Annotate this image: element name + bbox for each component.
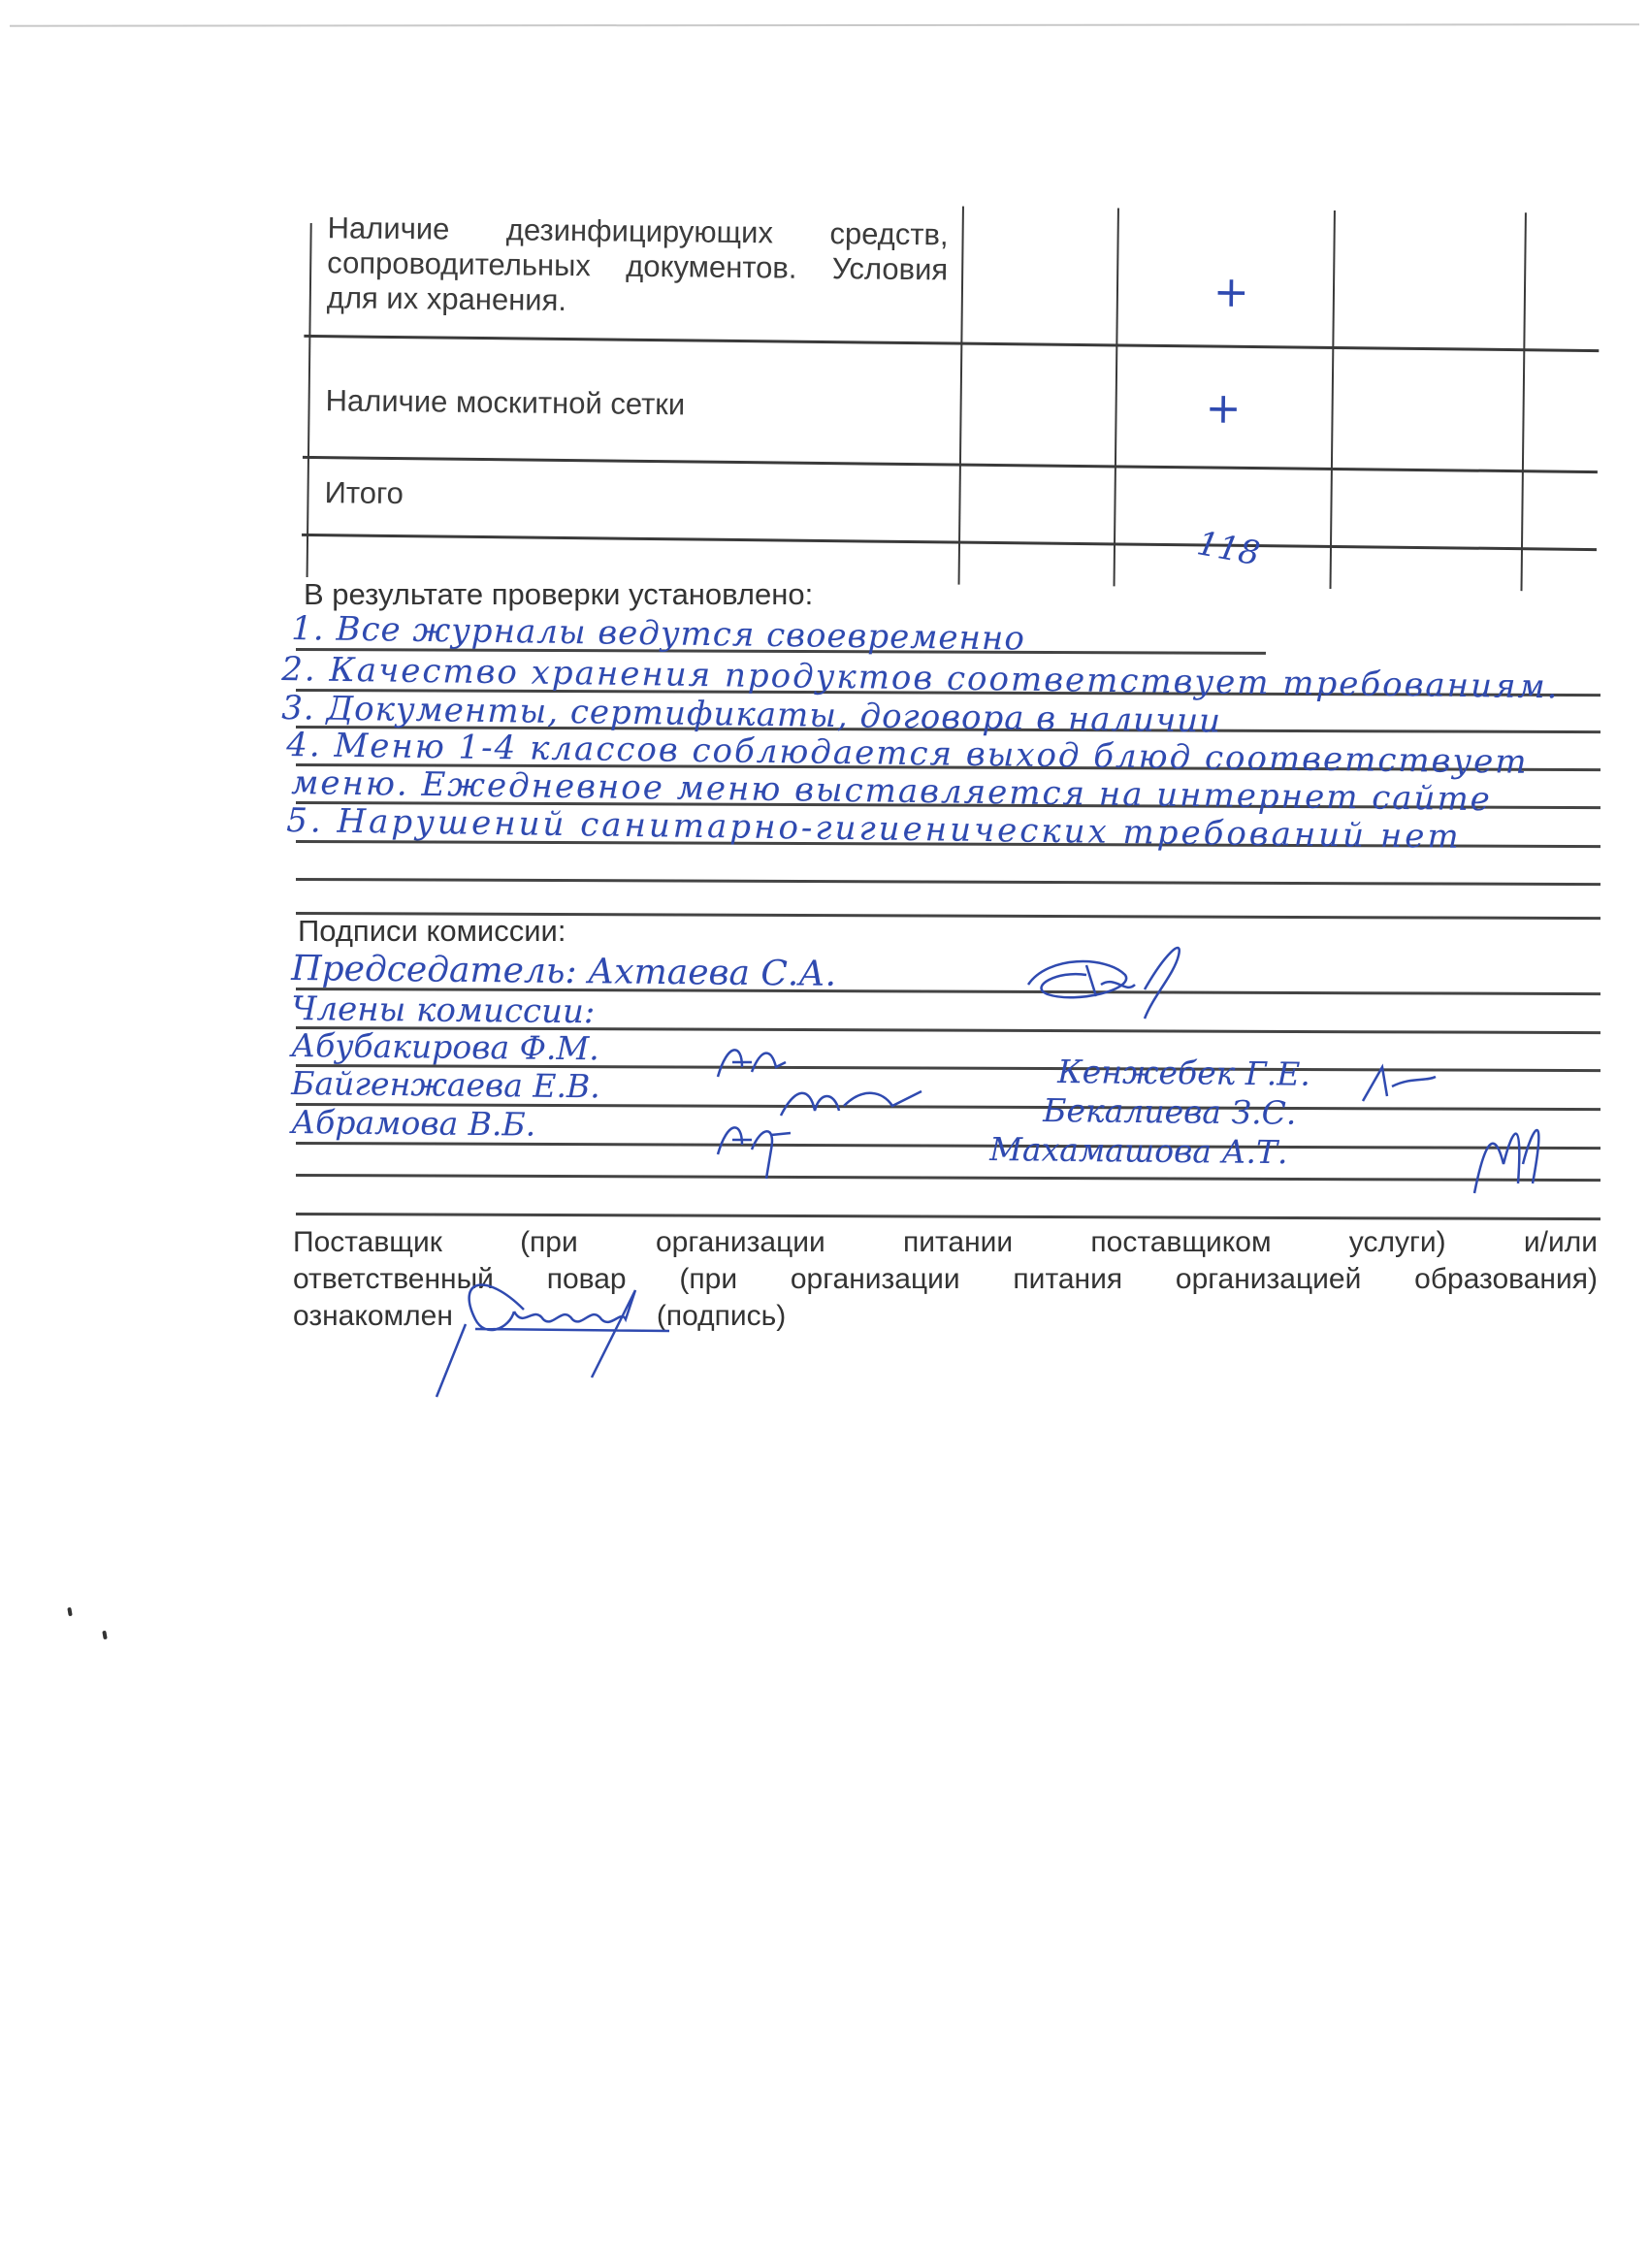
members-label: Члены комиссии: — [291, 989, 596, 1031]
ruled-line — [296, 878, 1600, 886]
member-signature-icon — [1358, 1057, 1445, 1106]
total-score: 118 — [1194, 524, 1263, 573]
table-row-divider — [304, 335, 1599, 352]
member-right-2: Бекалиева З.С. — [1043, 1091, 1297, 1132]
table-row-divider — [303, 456, 1598, 473]
ruled-line — [296, 1174, 1600, 1182]
ruled-line — [296, 1213, 1600, 1220]
criterion-text: Наличие москитной сетки — [325, 383, 685, 421]
scan-top-edge — [10, 23, 1639, 26]
total-label: Итого — [324, 475, 404, 510]
chair-name: Председатель: Ахтаева С.А. — [291, 949, 836, 994]
checkmark-plus: + — [1205, 383, 1241, 433]
member-right-1: Кенжебек Г.Е. — [1057, 1053, 1310, 1093]
member-right-3: Махамашова А.Т. — [989, 1130, 1288, 1171]
table-row: Наличие москитной сетки — [325, 383, 946, 425]
member-left-1: Абубакирова Ф.М. — [291, 1026, 599, 1067]
member-signature-icon — [1465, 1106, 1552, 1203]
criterion-text: для их хранения. — [327, 280, 948, 322]
table-col-divider — [1520, 212, 1526, 591]
table-row-divider — [302, 534, 1597, 551]
scan-speck — [102, 1631, 108, 1640]
findings-label: В результате проверки установлено: — [304, 577, 813, 612]
member-signature-icon — [713, 1116, 800, 1183]
member-left-2: Байгенжаева Е.В. — [291, 1064, 600, 1105]
table-col-divider — [1114, 208, 1119, 586]
commission-label: Подписи комиссии: — [298, 914, 566, 949]
member-left-3: Абрамова В.Б. — [291, 1103, 535, 1144]
table-col-divider — [958, 207, 964, 585]
table-col-divider — [1330, 211, 1336, 589]
scan-speck — [67, 1607, 73, 1617]
table-row-total: Итого — [324, 475, 945, 517]
inspection-table: Наличие дезинфицирующих средств, сопрово… — [307, 199, 1600, 592]
checkmark-plus: + — [1213, 268, 1249, 317]
chair-signature-icon — [1018, 936, 1261, 1023]
supplier-signature-icon — [417, 1251, 698, 1407]
ruled-line — [296, 1142, 1600, 1150]
table-border-left — [307, 223, 312, 577]
table-row: Наличие дезинфицирующих средств, сопрово… — [327, 211, 949, 322]
